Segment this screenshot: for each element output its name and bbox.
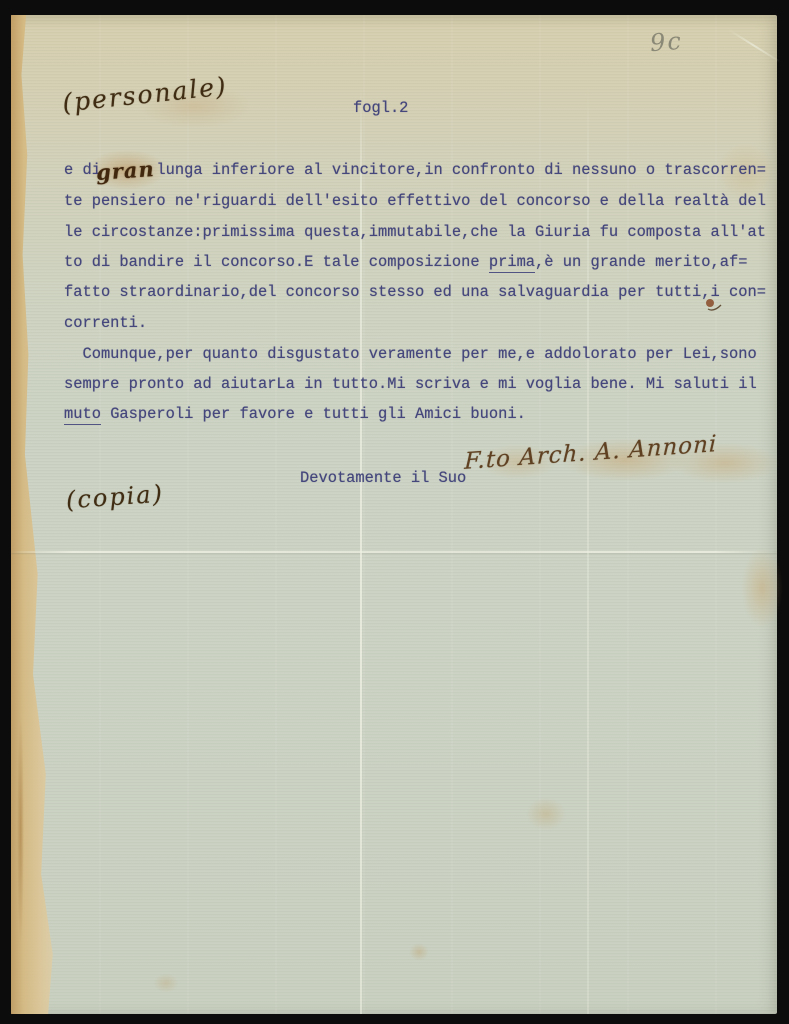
- body-line-4: to di bandire il concorso.E tale composi…: [64, 252, 747, 273]
- page-number: fogl.2: [353, 98, 408, 119]
- stain-center: [526, 797, 566, 831]
- top-right-crease: [728, 29, 780, 62]
- scanned-letter-page: 9c (personale) (copia) fogl.2 e di gran …: [0, 0, 789, 1024]
- handwritten-inserted-word: gran: [95, 156, 155, 185]
- body-line-7: Comunque,per quanto disgustato veramente…: [64, 344, 757, 365]
- underlined-word-prima: prima: [489, 253, 535, 273]
- horizontal-fold-line: [11, 551, 777, 553]
- stain-small-left: [153, 973, 179, 993]
- body-line-2: te pensiero ne'riguardi dell'esito effet…: [64, 191, 766, 212]
- body-line-9: muto Gasperoli per favore e tutti gli Am…: [64, 404, 526, 425]
- body-line-9-post: Gasperoli per favore e tutti gli Amici b…: [101, 405, 526, 423]
- body-line-4-pre: to di bandire il concorso.E tale composi…: [64, 253, 489, 271]
- body-line-1: e di gran lunga inferiore al vincitore,i…: [64, 160, 766, 181]
- closing-line: Devotamente il Suo: [300, 468, 466, 489]
- body-line-6: correnti.: [64, 313, 147, 334]
- underlined-word-muto: muto: [64, 405, 101, 425]
- pen-comma-mark: [704, 296, 724, 314]
- stain-right-edge: [741, 547, 783, 629]
- body-line-1-post: lunga inferiore al vincitore,in confront…: [147, 161, 766, 179]
- paper-edge-streak: [17, 715, 24, 945]
- body-line-5: fatto straordinario,del concorso stesso …: [64, 282, 766, 303]
- body-line-8: sempre pronto ad aiutarLa in tutto.Mi sc…: [64, 374, 757, 395]
- pencil-archive-mark: 9c: [649, 27, 684, 57]
- body-line-4-post: ,è un grande merito,af=: [535, 253, 747, 271]
- stain-small: [409, 943, 429, 961]
- body-line-3: le circostanze:primissima questa,immutab…: [64, 222, 766, 243]
